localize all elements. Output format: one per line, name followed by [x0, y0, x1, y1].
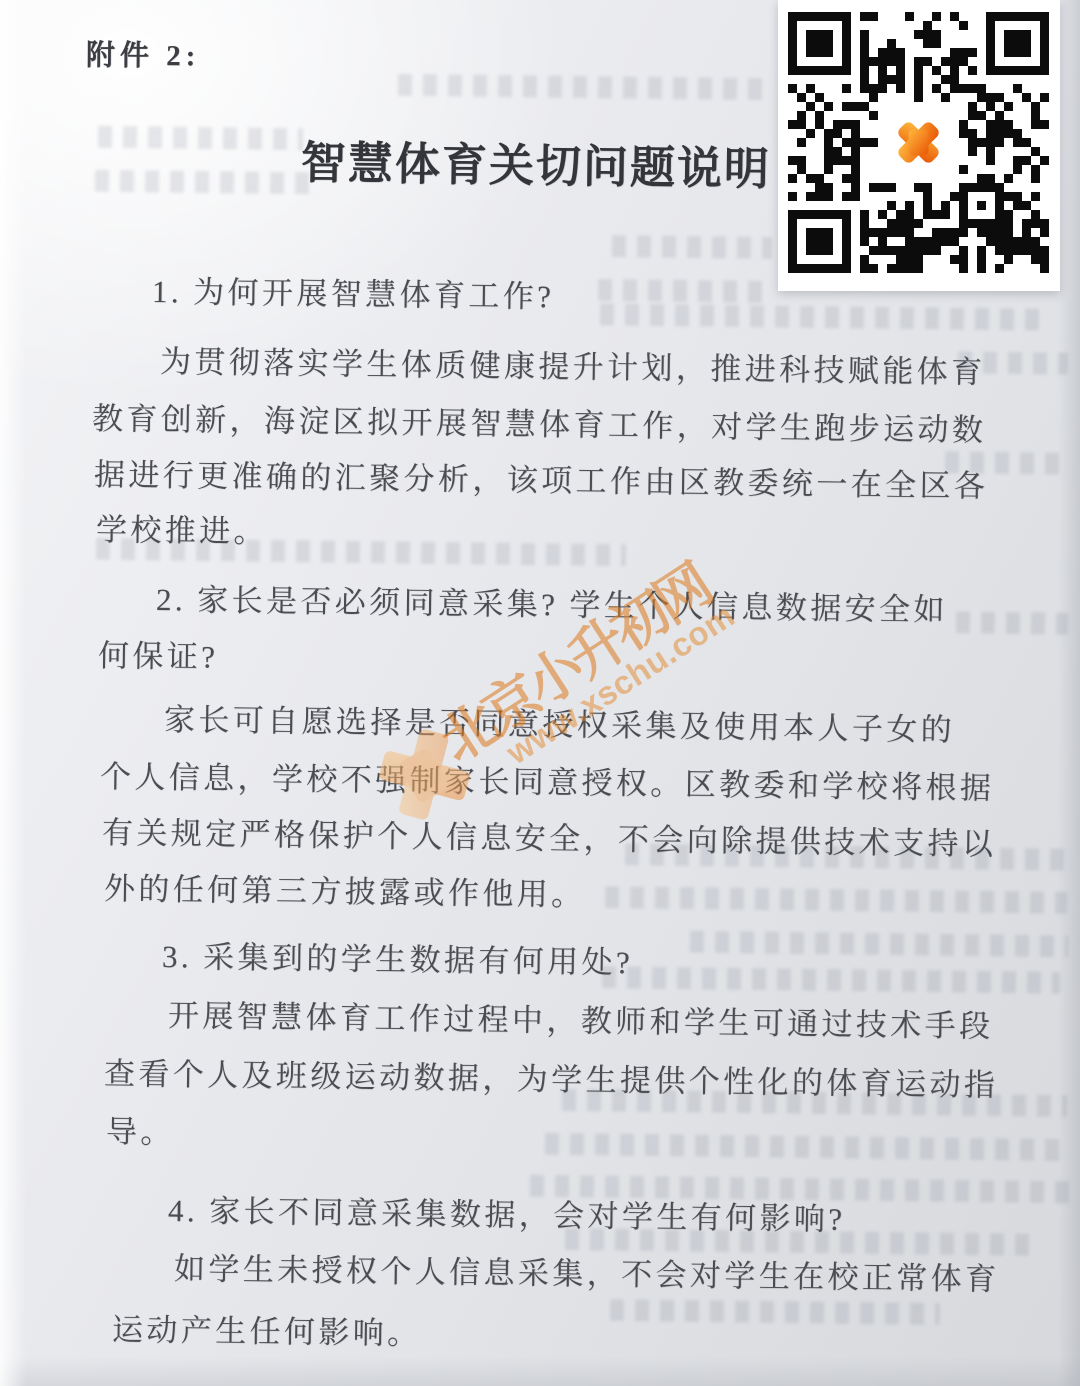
question-4: 4. 家长不同意采集数据，会对学生有何影响? — [168, 1185, 846, 1239]
attachment-label: 附件 2: — [86, 33, 201, 75]
question-2-line-2: 何保证? — [98, 630, 219, 677]
bleed-through-text — [95, 170, 310, 195]
answer-1-line-1: 为贯彻落实学生体质健康提升计划，推进科技赋能体育 — [160, 336, 986, 392]
answer-2-line-2: 个人信息，学校不强制家长同意授权。区教委和学校将根据 — [100, 751, 995, 808]
page-title: 智慧体育关切问题说明 — [301, 126, 772, 198]
bleed-through-text — [398, 74, 763, 100]
answer-2-line-3: 有关规定严格保护个人信息安全，不会向除提供技术支持以 — [102, 807, 997, 864]
bleed-through-text — [600, 303, 1040, 330]
bleed-through-text — [612, 235, 772, 259]
question-1: 1. 为何开展智慧体育工作? — [152, 266, 555, 316]
bleed-through-text — [610, 1299, 940, 1325]
bleed-through-text — [690, 931, 1068, 958]
question-2-line-1: 2. 家长是否必须同意采集? 学生个人信息数据安全如 — [156, 574, 948, 629]
answer-4-line-1: 如学生未授权个人信息采集，不会对学生在校正常体育 — [174, 1243, 1000, 1299]
answer-1-line-2: 教育创新，海淀区拟开展智慧体育工作，对学生跑步运动数 — [92, 393, 987, 450]
answer-2-line-4: 外的任何第三方披露或作他用。 — [104, 863, 586, 914]
question-3: 3. 采集到的学生数据有何用处? — [162, 931, 634, 982]
qr-code — [778, 0, 1060, 291]
qr-code-modules — [788, 12, 1049, 273]
answer-3-line-1: 开展智慧体育工作过程中，教师和学生可通过技术手段 — [168, 990, 994, 1046]
bleed-through-text — [605, 886, 1067, 914]
bleed-through-text — [98, 126, 303, 151]
answer-4-line-2: 运动产生任何影响。 — [112, 1304, 422, 1353]
answer-1-line-4: 学校推进。 — [96, 504, 269, 551]
bleed-through-text — [545, 1133, 1070, 1161]
answer-3-line-3: 导。 — [106, 1106, 175, 1152]
scanned-document-page: 附件 2: 智慧体育关切问题说明 1. 为何开展智慧体育工作? 为贯彻落实学生体… — [0, 0, 1080, 1386]
orange-x-logo-icon — [892, 116, 946, 170]
bleed-through-text — [956, 611, 1068, 634]
answer-1-line-3: 据进行更准确的汇聚分析，该项工作由区教委统一在全区各 — [94, 449, 989, 506]
answer-3-line-2: 查看个人及班级运动数据，为学生提供个性化的体育运动指 — [104, 1048, 999, 1105]
bleed-through-text — [598, 279, 773, 303]
bleed-through-text — [602, 966, 1060, 994]
